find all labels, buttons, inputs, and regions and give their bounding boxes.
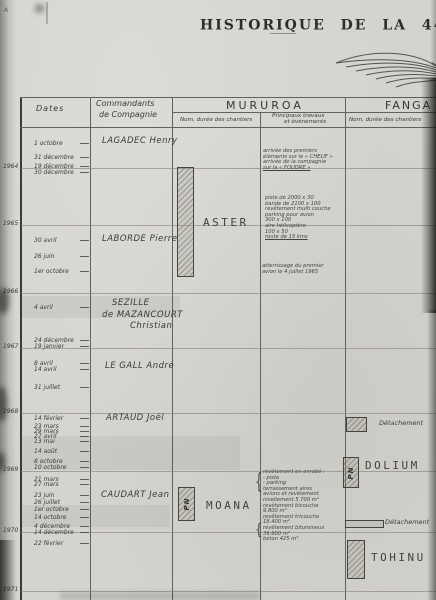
date-tick xyxy=(80,461,89,462)
date-tick xyxy=(80,240,89,241)
works-text-block: piste de 2000 x 30bande de 2100 x 100rev… xyxy=(265,196,331,241)
brace-mark: { xyxy=(255,520,263,539)
worksite-name: DOLIUM xyxy=(365,459,420,472)
date-entry: 1 octobre xyxy=(34,140,63,147)
date-entry: 14 décembre xyxy=(34,529,74,536)
date-entry: 14 octobre xyxy=(34,514,67,521)
chantier-duration-box xyxy=(347,540,365,579)
detachement-label: Détachement xyxy=(385,518,429,526)
year-line xyxy=(21,413,436,414)
year-line xyxy=(21,168,436,169)
scan-stamp-mark xyxy=(35,4,44,13)
year-line xyxy=(21,293,436,294)
date-entry: 10 octobre xyxy=(34,464,67,471)
date-tick xyxy=(80,157,89,158)
commander-name: LAGADEC Henry xyxy=(102,136,178,146)
date-entry: 31 décembre xyxy=(34,154,74,161)
date-tick xyxy=(80,363,89,364)
date-entry: 26 juillet xyxy=(34,499,60,506)
date-entry: 31 juillet xyxy=(34,384,60,391)
commander-name: de MAZANCOURT xyxy=(102,310,183,320)
chantier-duration-box: PN xyxy=(343,457,359,488)
detachement-label: Détachement xyxy=(379,419,423,427)
year-label: 1969 xyxy=(3,466,18,473)
date-tick xyxy=(80,532,89,533)
scanned-document-page: HISTORIQUE DE LA 445ème Dates Commandant… xyxy=(0,0,436,600)
date-tick xyxy=(80,509,89,510)
date-tick xyxy=(80,387,89,388)
date-tick xyxy=(80,467,89,468)
date-tick xyxy=(80,166,89,167)
commander-name: Christian xyxy=(130,321,172,331)
year-line xyxy=(21,348,436,349)
date-tick xyxy=(80,479,89,480)
date-entry: 26 juin xyxy=(34,253,54,260)
works-text-block: atterrissage du premieravion le 4 juille… xyxy=(262,264,324,275)
date-tick xyxy=(80,418,89,419)
commander-name: SEZILLE xyxy=(112,298,149,308)
date-tick xyxy=(80,451,89,452)
date-entry: 23 juin xyxy=(34,492,54,499)
chantier-box-label: PN xyxy=(347,466,355,479)
date-tick xyxy=(80,340,89,341)
year-label: 1970 xyxy=(3,527,18,534)
year-label: 1971 xyxy=(3,586,18,593)
year-line xyxy=(21,591,436,592)
works-text-line: route de 15 kms xyxy=(265,235,331,241)
chantier-duration-box xyxy=(345,520,384,528)
commander-name: LABORDE Pierre xyxy=(102,234,178,244)
worksite-name: TOHINU xyxy=(371,551,426,564)
date-tick xyxy=(80,436,89,437)
date-tick xyxy=(80,517,89,518)
date-tick xyxy=(80,369,89,370)
date-entry: 14 août xyxy=(34,448,57,455)
date-tick xyxy=(80,484,89,485)
date-tick xyxy=(80,256,89,257)
date-entry: 14 avril xyxy=(34,366,57,373)
works-text-line: avion le 4 juillet 1965 xyxy=(262,270,324,276)
works-text-line: béton 425 m² xyxy=(263,537,325,543)
works-text-line: sur la « FOUDRE » xyxy=(263,166,333,172)
date-tick xyxy=(80,426,89,427)
table-content: 196419651966196719681969197019711 octobr… xyxy=(0,0,436,600)
works-text-block: revêtement en enrobé : - piste - parking… xyxy=(263,470,325,543)
brace-mark: { xyxy=(255,469,263,494)
date-tick xyxy=(80,271,89,272)
date-entry: 13 mai xyxy=(34,438,55,445)
date-tick xyxy=(80,431,89,432)
chantier-duration-box xyxy=(177,167,194,277)
chantier-duration-box xyxy=(346,417,367,432)
date-tick xyxy=(80,441,89,442)
date-tick xyxy=(80,307,89,308)
date-entry: 22 février xyxy=(34,540,63,547)
date-entry: 27 mars xyxy=(34,481,59,488)
commander-name: CAUDART Jean xyxy=(101,490,169,500)
year-label: 1964 xyxy=(3,163,18,170)
commander-name: LE GALL André xyxy=(105,361,174,371)
date-entry: 4 avril xyxy=(34,304,53,311)
works-text-block: arrivée des premierséléments sur le « CH… xyxy=(263,149,333,171)
worksite-name: ASTER xyxy=(203,216,249,229)
date-tick xyxy=(80,543,89,544)
date-entry: 1er octobre xyxy=(34,268,69,275)
date-entry: 30 avril xyxy=(34,237,57,244)
date-tick xyxy=(80,495,89,496)
date-tick xyxy=(80,502,89,503)
chantier-box-label: PN xyxy=(183,498,191,511)
year-label: 1967 xyxy=(3,343,18,350)
date-entry: 14 février xyxy=(34,415,63,422)
corner-mark: A xyxy=(4,7,8,14)
date-entry: 1er octobre xyxy=(34,506,69,513)
worksite-name: MOANA xyxy=(206,499,252,512)
date-entry: 30 décembre xyxy=(34,169,74,176)
date-tick xyxy=(80,172,89,173)
date-tick xyxy=(80,143,89,144)
commander-name: ARTAUD Joël xyxy=(106,413,164,423)
date-entry: 19 janvier xyxy=(34,343,64,350)
date-tick xyxy=(80,346,89,347)
chantier-duration-box: PN xyxy=(178,487,195,521)
date-tick xyxy=(80,526,89,527)
year-label: 1965 xyxy=(3,220,18,227)
